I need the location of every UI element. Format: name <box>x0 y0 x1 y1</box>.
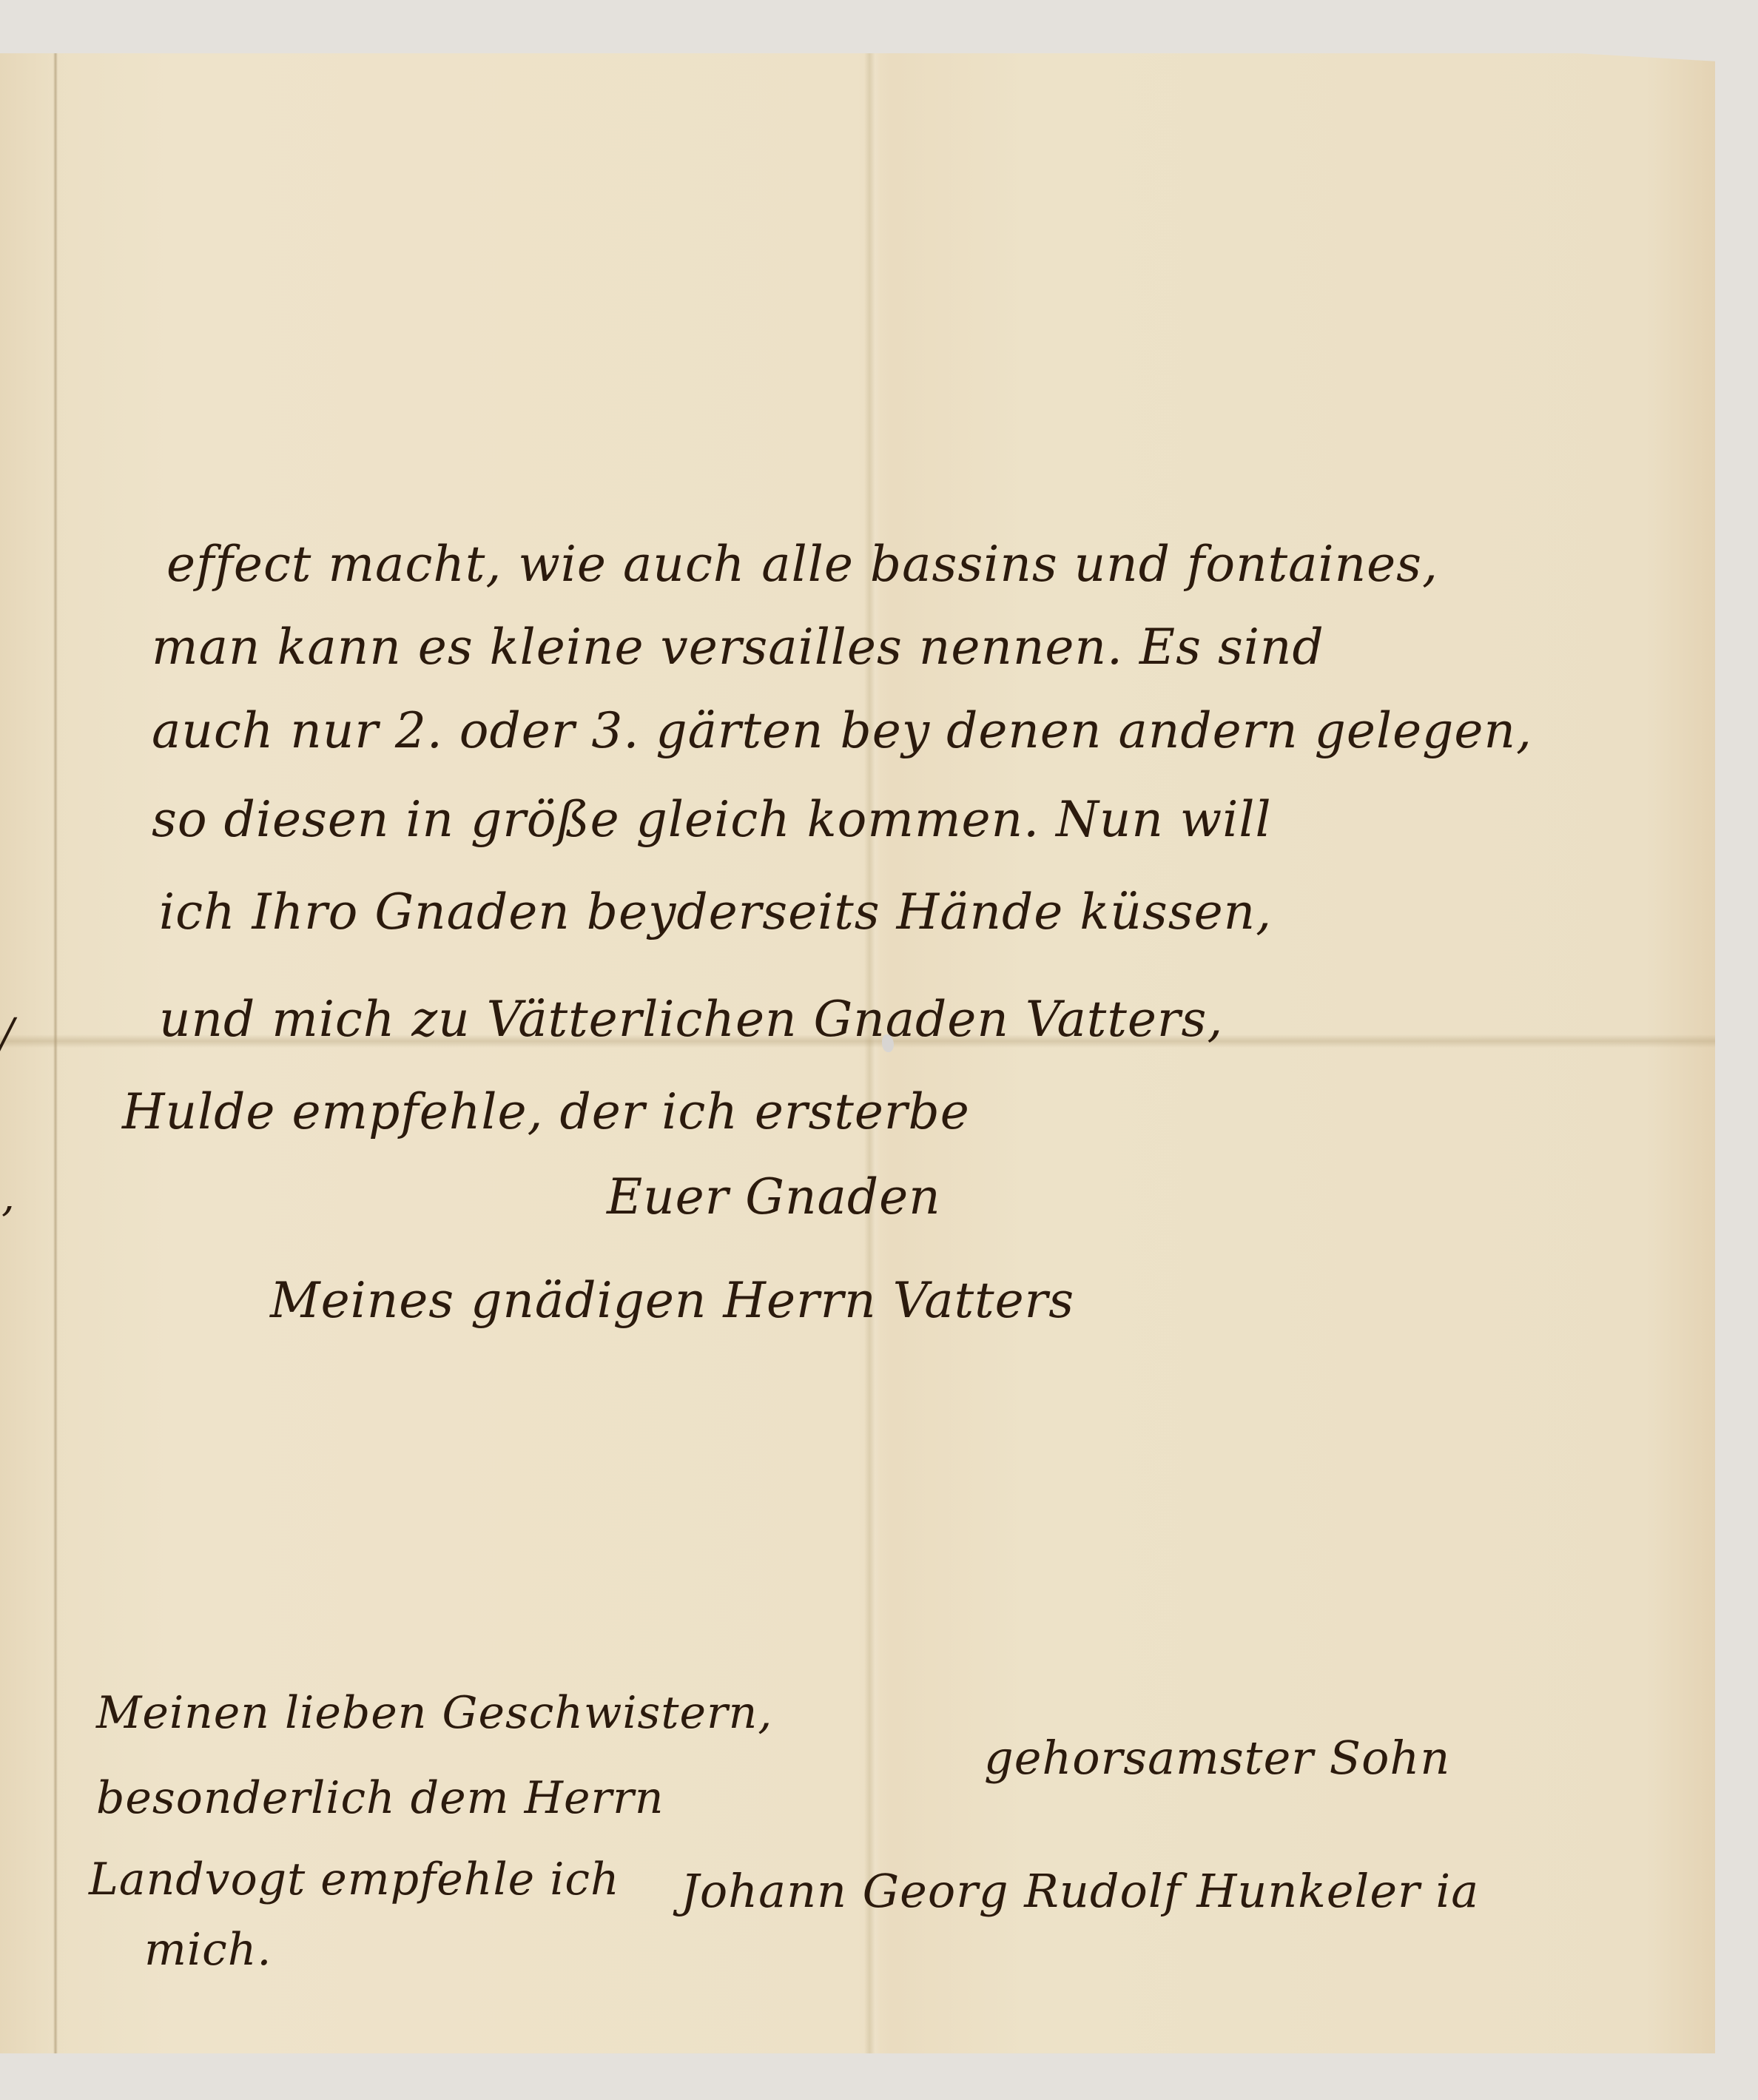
left-page-fold <box>53 53 58 2053</box>
letter-paper <box>0 53 1715 2053</box>
body-line: man kann es kleine versailles nennen. Es… <box>152 623 1324 672</box>
postscript-line: Meinen lieben Geschwistern, <box>96 1691 772 1735</box>
body-line: so diesen in größe gleich kommen. Nun wi… <box>152 795 1272 844</box>
body-line: und mich zu Vätterlichen Gnaden Vatters, <box>159 995 1223 1044</box>
facing-page-ink-mark: , <box>1 1173 15 1221</box>
closing-salutation: Euer Gnaden <box>607 1173 941 1222</box>
postscript-line: besonderlich dem Herrn <box>96 1776 664 1820</box>
body-line: auch nur 2. oder 3. gärten bey denen and… <box>152 707 1532 755</box>
body-line: ich Ihro Gnaden beyderseits Hände küssen… <box>159 888 1272 937</box>
closing-relation: Meines gnädigen Herrn Vatters <box>270 1276 1074 1325</box>
signature-name: Johann Georg Rudolf Hunkeler ia <box>681 1868 1479 1914</box>
center-vertical-fold <box>864 53 880 2053</box>
body-line: effect macht, wie auch alle bassins und … <box>166 540 1438 589</box>
signature-line: gehorsamster Sohn <box>984 1735 1450 1781</box>
facing-page-ink-mark: / <box>0 1010 14 1058</box>
postscript-line: mich. <box>144 1928 272 1972</box>
body-line: Hulde empfehle, der ich ersterbe <box>122 1088 970 1137</box>
postscript-line: Landvogt empfehle ich <box>89 1857 620 1902</box>
